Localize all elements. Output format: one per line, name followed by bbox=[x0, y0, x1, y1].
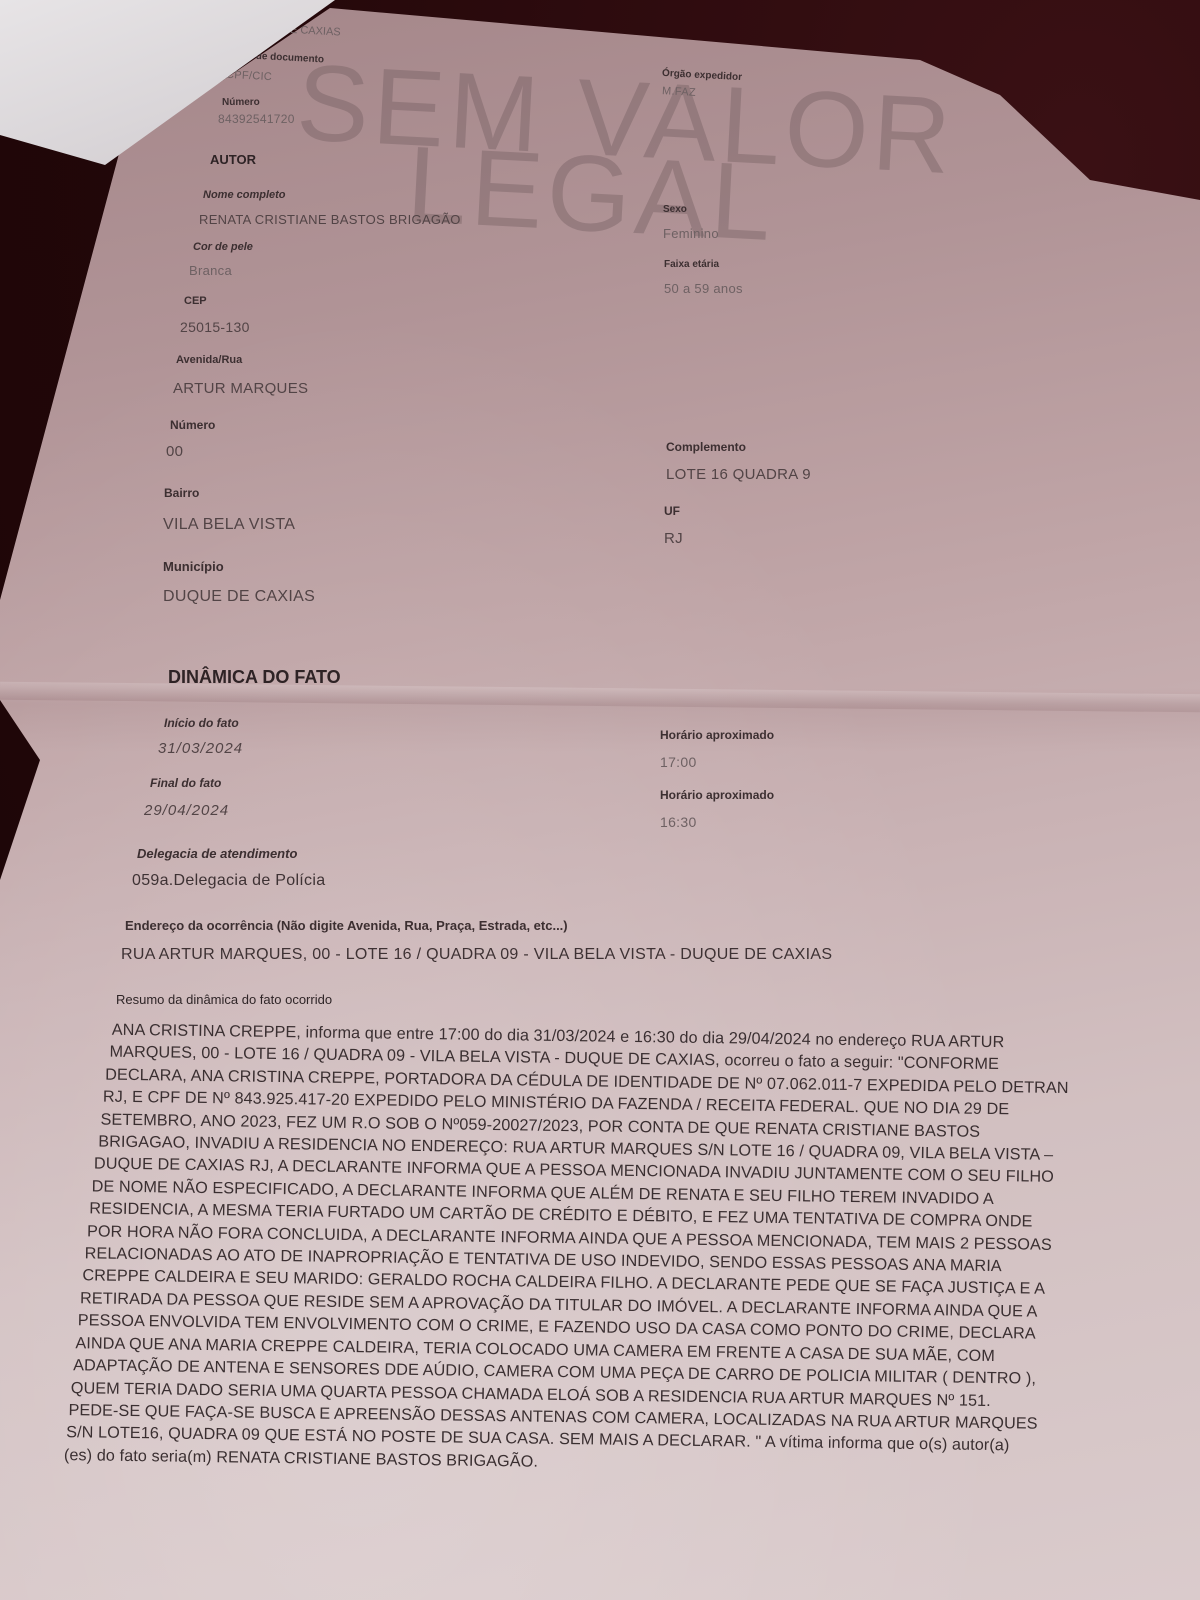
age-range-label: Faixa etária bbox=[664, 259, 719, 270]
age-range-value: 50 a 59 anos bbox=[664, 281, 743, 296]
end-date-value: 29/04/2024 bbox=[144, 802, 229, 819]
state-value: RJ bbox=[664, 530, 683, 547]
document-number-value: 84392541720 bbox=[218, 112, 295, 126]
house-number-label: Número bbox=[170, 418, 215, 432]
incident-section-title: DINÂMICA DO FATO bbox=[168, 667, 341, 688]
house-number-value: 00 bbox=[166, 443, 183, 460]
skin-color-value: Branca bbox=[189, 263, 232, 278]
end-time-value: 16:30 bbox=[660, 814, 697, 830]
complement-value: LOTE 16 QUADRA 9 bbox=[666, 466, 811, 483]
start-date-value: 31/03/2024 bbox=[158, 740, 243, 757]
start-time-value: 17:00 bbox=[660, 754, 697, 770]
skin-color-label: Cor de pele bbox=[193, 241, 253, 253]
state-label: UF bbox=[664, 504, 680, 518]
police-station-label: Delegacia de atendimento bbox=[137, 846, 297, 861]
city-value: DUQUE DE CAXIAS bbox=[163, 588, 315, 606]
incident-summary-text: ANA CRISTINA CREPPE, informa que entre 1… bbox=[56, 1018, 1142, 1481]
city-label: Município bbox=[163, 559, 224, 574]
neighborhood-value: VILA BELA VISTA bbox=[163, 516, 295, 534]
end-date-label: Final do fato bbox=[150, 776, 221, 790]
street-value: ARTUR MARQUES bbox=[173, 380, 308, 397]
police-station-value: 059a.Delegacia de Polícia bbox=[132, 872, 325, 890]
complement-label: Complemento bbox=[666, 440, 746, 454]
full-name-label: Nome completo bbox=[203, 189, 286, 201]
sex-label: Sexo bbox=[663, 204, 687, 215]
occurrence-address-label: Endereço da ocorrência (Não digite Aveni… bbox=[125, 918, 568, 933]
cep-label: CEP bbox=[184, 295, 207, 307]
street-label: Avenida/Rua bbox=[176, 354, 242, 366]
neighborhood-label: Bairro bbox=[164, 486, 199, 500]
watermark-line-2: LEGAL bbox=[404, 130, 777, 257]
cep-value: 25015-130 bbox=[180, 319, 250, 335]
summary-label: Resumo da dinâmica do fato ocorrido bbox=[116, 992, 332, 1007]
occurrence-address-value: RUA ARTUR MARQUES, 00 - LOTE 16 / QUADRA… bbox=[121, 946, 832, 964]
start-time-label: Horário aproximado bbox=[660, 728, 774, 742]
start-date-label: Início do fato bbox=[164, 716, 239, 730]
full-name-value: RENATA CRISTIANE BASTOS BRIGAGÃO bbox=[199, 212, 461, 227]
document-number-label: Número bbox=[222, 97, 260, 108]
end-time-label: Horário aproximado bbox=[660, 788, 774, 802]
photo-scene: SEM VALOR LEGAL DE CAXIAS Tipo de docume… bbox=[0, 0, 1200, 1600]
issuer-value: M.FAZ bbox=[662, 85, 696, 99]
author-section-title: AUTOR bbox=[210, 152, 256, 167]
sex-value: Feminino bbox=[663, 226, 719, 241]
